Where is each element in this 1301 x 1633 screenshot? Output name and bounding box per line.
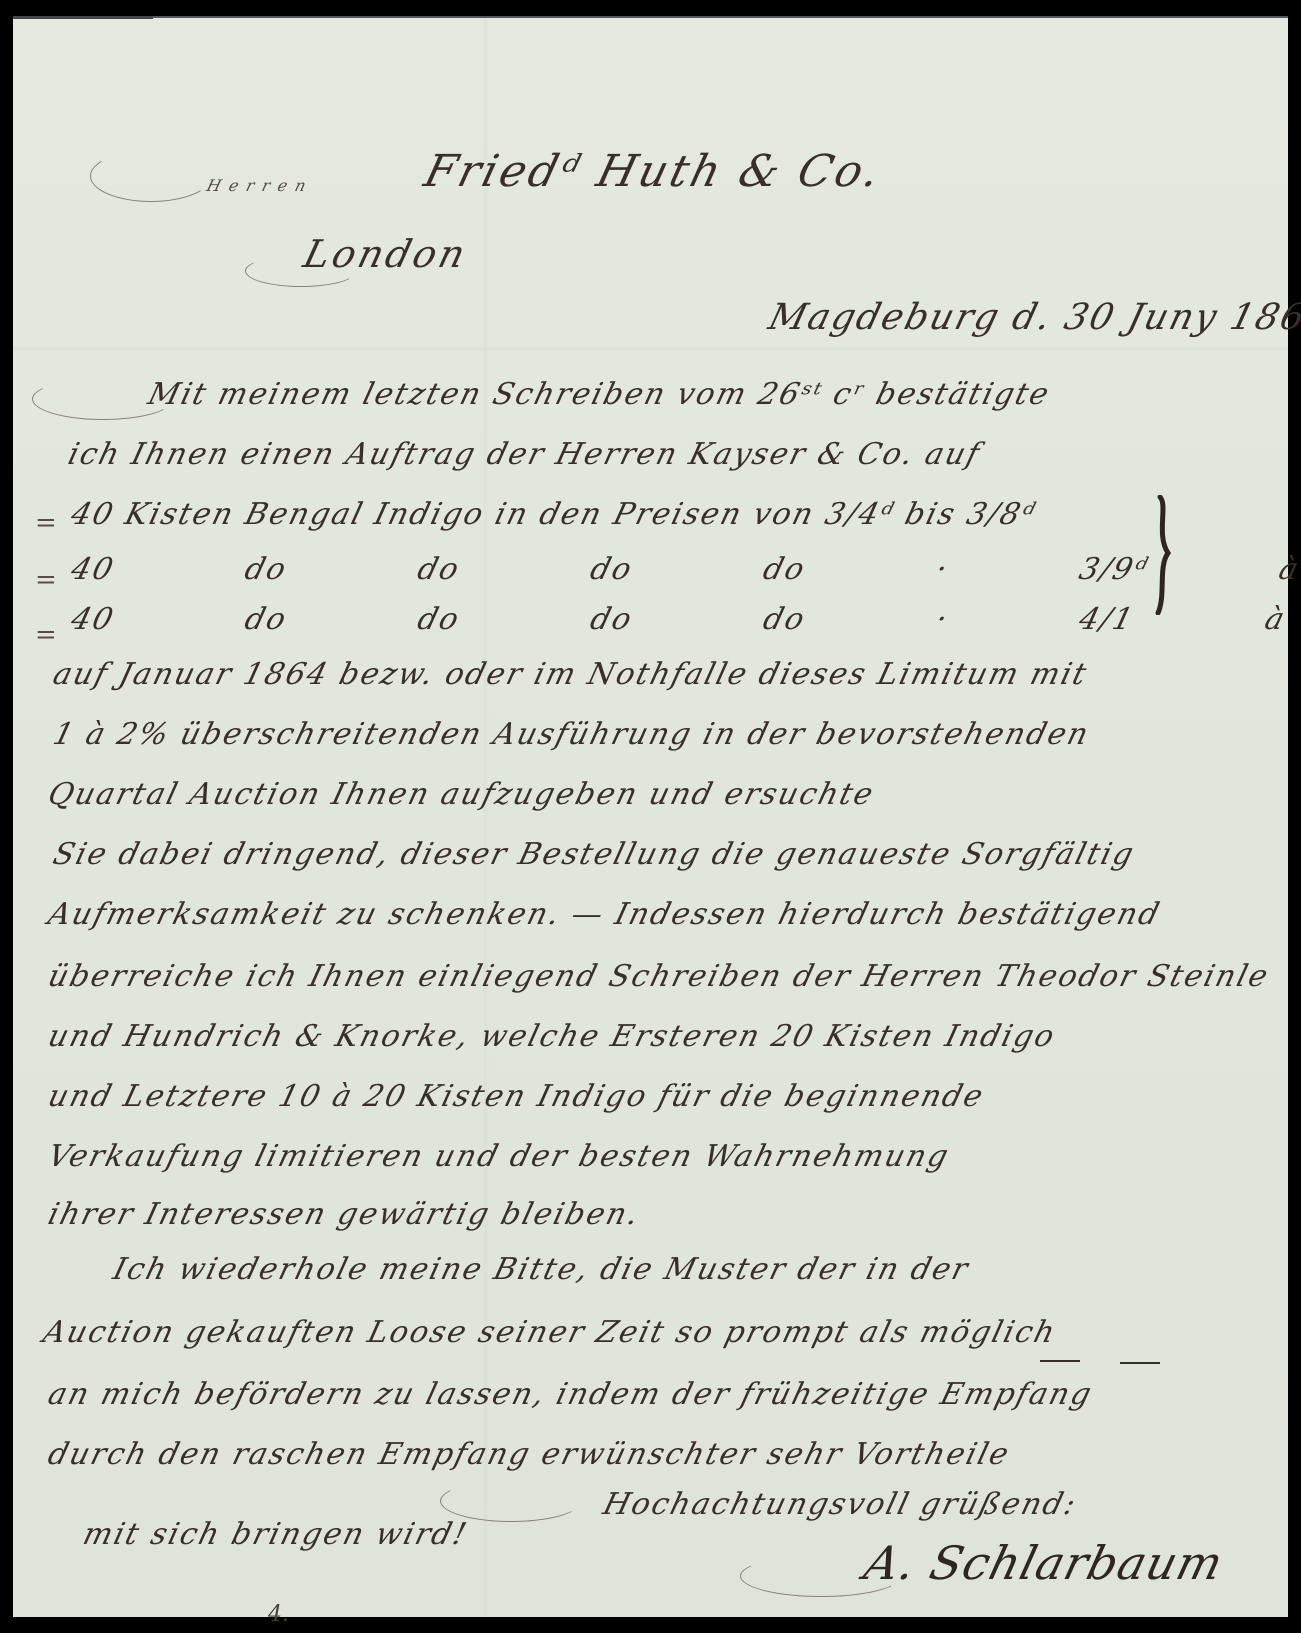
signature: A. Schlarbaum xyxy=(860,1540,1228,1586)
grouping-brace xyxy=(1150,495,1180,615)
body-line-11: überreiche ich Ihnen einliegend Schreibe… xyxy=(45,962,1272,992)
body-line-9: Sie dabei dringend, dieser Bestellung di… xyxy=(50,840,1138,870)
body-line-7: 1 à 2% überschreitenden Ausführung in de… xyxy=(50,720,1093,750)
margin-mark-row-2: = xyxy=(35,565,57,595)
closing-flourish xyxy=(440,1480,582,1522)
order-row-3: 40 do do do do · 4/1 à 4/6ᵈ xyxy=(68,605,1301,635)
body-line-20: mit sich bringen wird! xyxy=(80,1520,471,1550)
body-line-2: ich Ihnen einen Auftrag der Herren Kayse… xyxy=(65,440,984,470)
body-line-12: und Hundrich & Knorke, welche Ersteren 2… xyxy=(45,1022,1059,1052)
page-number-mark: 4. xyxy=(268,1602,289,1627)
margin-mark-row-1: = xyxy=(35,508,57,538)
body-line-19: durch den raschen Empfang erwünschter se… xyxy=(45,1440,1013,1470)
salutation-flourish xyxy=(90,150,212,202)
body-line-6: auf Januar 1864 bezw. oder im Nothfalle … xyxy=(50,660,1091,690)
body-line-13: und Letztere 10 à 20 Kisten Indigo für d… xyxy=(45,1082,987,1112)
emphasis-underline-2 xyxy=(1120,1362,1160,1364)
order-row-2: 40 do do do do · 3/9ᵈ à 4/— xyxy=(68,555,1301,585)
recipient-name: Friedᵈ Huth & Co. xyxy=(420,150,887,194)
margin-mark-row-3: = xyxy=(35,620,57,650)
body-line-18: an mich befördern zu lassen, indem der f… xyxy=(45,1380,1096,1410)
emphasis-underline-1 xyxy=(1040,1360,1080,1362)
body-line-17: Auction gekauften Loose seiner Zeit so p… xyxy=(40,1318,1059,1348)
body-line-15: ihrer Interessen gewärtig bleiben. xyxy=(45,1200,643,1230)
body-line-10: Aufmerksamkeit zu schenken. — Indessen h… xyxy=(45,900,1164,930)
order-row-1: 40 Kisten Bengal Indigo in den Preisen v… xyxy=(68,500,1039,530)
body-line-14: Verkaufung limitieren und der besten Wah… xyxy=(45,1142,953,1172)
body-line-1: Mit meinem letzten Schreiben vom 26ˢᵗ cʳ… xyxy=(145,380,1053,410)
salutation-prefix: Herren xyxy=(205,178,315,194)
body-line-16: Ich wiederhole meine Bitte, die Muster d… xyxy=(110,1255,972,1285)
closing-phrase: Hochachtungsvoll grüßend: xyxy=(600,1490,1080,1520)
paper-top-edge xyxy=(13,16,153,19)
body-line-8: Quartal Auction Ihnen aufzugeben und ers… xyxy=(45,780,877,810)
recipient-city: London xyxy=(300,235,472,273)
place-and-date: Magdeburg d. 30 Juny 1864 xyxy=(765,300,1301,336)
